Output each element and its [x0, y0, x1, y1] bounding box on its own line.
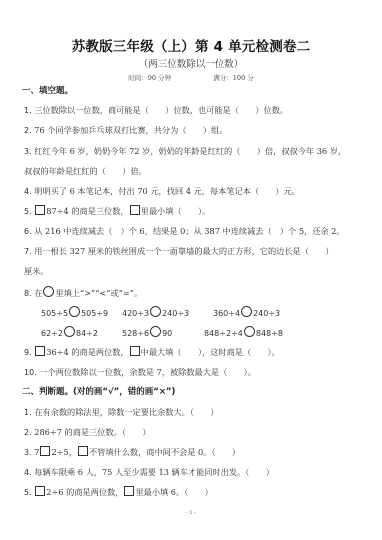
blank-box [130, 205, 140, 215]
comparison-circle [69, 306, 80, 317]
comparison-2: 420÷3240÷3 [122, 306, 189, 320]
comparison-circle [150, 306, 161, 317]
question-7: 7. 用一根长 327 厘米的铁丝围成一个一面靠墙的最大的正方形，它的边长是（ … [24, 245, 333, 258]
comparison-3: 360÷4240÷3 [213, 306, 280, 320]
worksheet-page: 苏教版三年级（上）第 4 单元检测卷二 （两三位数除以一位数） 时间：90 分钟… [0, 0, 382, 540]
question-2: 2. 76 个同学参加乒乓球双打比赛，共分为（ ）组。 [24, 124, 227, 137]
blank-box [40, 446, 50, 456]
judgment-4: 4. 每辆车限乘 6 人，75 人至少需要 13 辆车才能同时出发。（ ） [24, 466, 274, 479]
circle-icon [43, 286, 54, 297]
page-title: 苏教版三年级（上）第 4 单元检测卷二 [0, 35, 382, 55]
question-7-continued: 厘米。 [24, 265, 49, 277]
section-heading-fill-blank: 一、填空题。 [22, 85, 73, 97]
blank-box [35, 205, 45, 215]
question-8: 8. 在里填上“>”“<”或“=”。 [24, 286, 142, 300]
question-10: 10. 一个两位数除以一位数，余数是 7，被除数最大是（ ）。 [24, 366, 256, 379]
blank-box [124, 486, 134, 496]
comparison-1: 505÷5505÷9 [41, 306, 108, 320]
question-4: 4. 明明买了 6 本笔记本，付出 70 元，找回 4 元，每本笔记本（ ）元。 [24, 185, 300, 198]
comparison-6: 848÷2÷4848÷8 [204, 326, 283, 340]
judgment-5: 5. 2÷6 的商是两位数，里最小填 6。（ ） [24, 486, 213, 499]
blank-box [35, 486, 45, 496]
blank-box [35, 346, 45, 356]
section-heading-true-false: 二、判断题。(对的画“√”，错的画“×”) [22, 386, 175, 398]
comparison-circle [150, 326, 161, 337]
question-3-continued: 叔叔的年龄是红红的（ ）倍。 [24, 165, 147, 177]
comparison-4: 62÷284÷2 [41, 326, 98, 340]
comparison-circle [64, 326, 75, 337]
exam-meta: 时间：90 分钟 满分：100 分 [0, 73, 382, 82]
comparison-5: 528÷690 [122, 326, 172, 340]
page-number: - 1 - [0, 510, 382, 516]
judgment-3: 3. 72÷5，不管填什么数，商中间不会是 0。（ ） [24, 446, 240, 459]
question-6: 6. 从 216 中连续减去（ ）个 6，结果是 0；从 387 中连续减去（ … [24, 225, 345, 238]
blank-box [130, 346, 140, 356]
judgment-1: 1. 在有余数的除法里，除数一定要比余数大。（ ） [24, 406, 218, 419]
question-5: 5. 87÷4 的商是三位数，里最小填（ ）。 [24, 205, 210, 218]
full-score: 满分：100 分 [213, 73, 253, 82]
comparison-circle [241, 306, 252, 317]
page-subtitle: （两三位数除以一位数） [0, 56, 382, 70]
question-3: 3. 红红今年 6 岁，奶奶今年 72 岁，奶奶的年龄是红红的（ ）倍，叔叔今年… [24, 145, 346, 158]
judgment-2: 2. 286÷7 的商是三位数。（ ） [24, 426, 151, 439]
question-9: 9. 36÷4 的商是两位数，中最大填（ ），这时商是（ ）。 [24, 346, 280, 359]
question-1: 1. 三位数除以一位数，商可能是（ ）位数，也可能是（ ）位数。 [24, 104, 288, 117]
time-limit: 时间：90 分钟 [128, 73, 171, 82]
comparison-circle [244, 326, 255, 337]
blank-box [78, 446, 88, 456]
